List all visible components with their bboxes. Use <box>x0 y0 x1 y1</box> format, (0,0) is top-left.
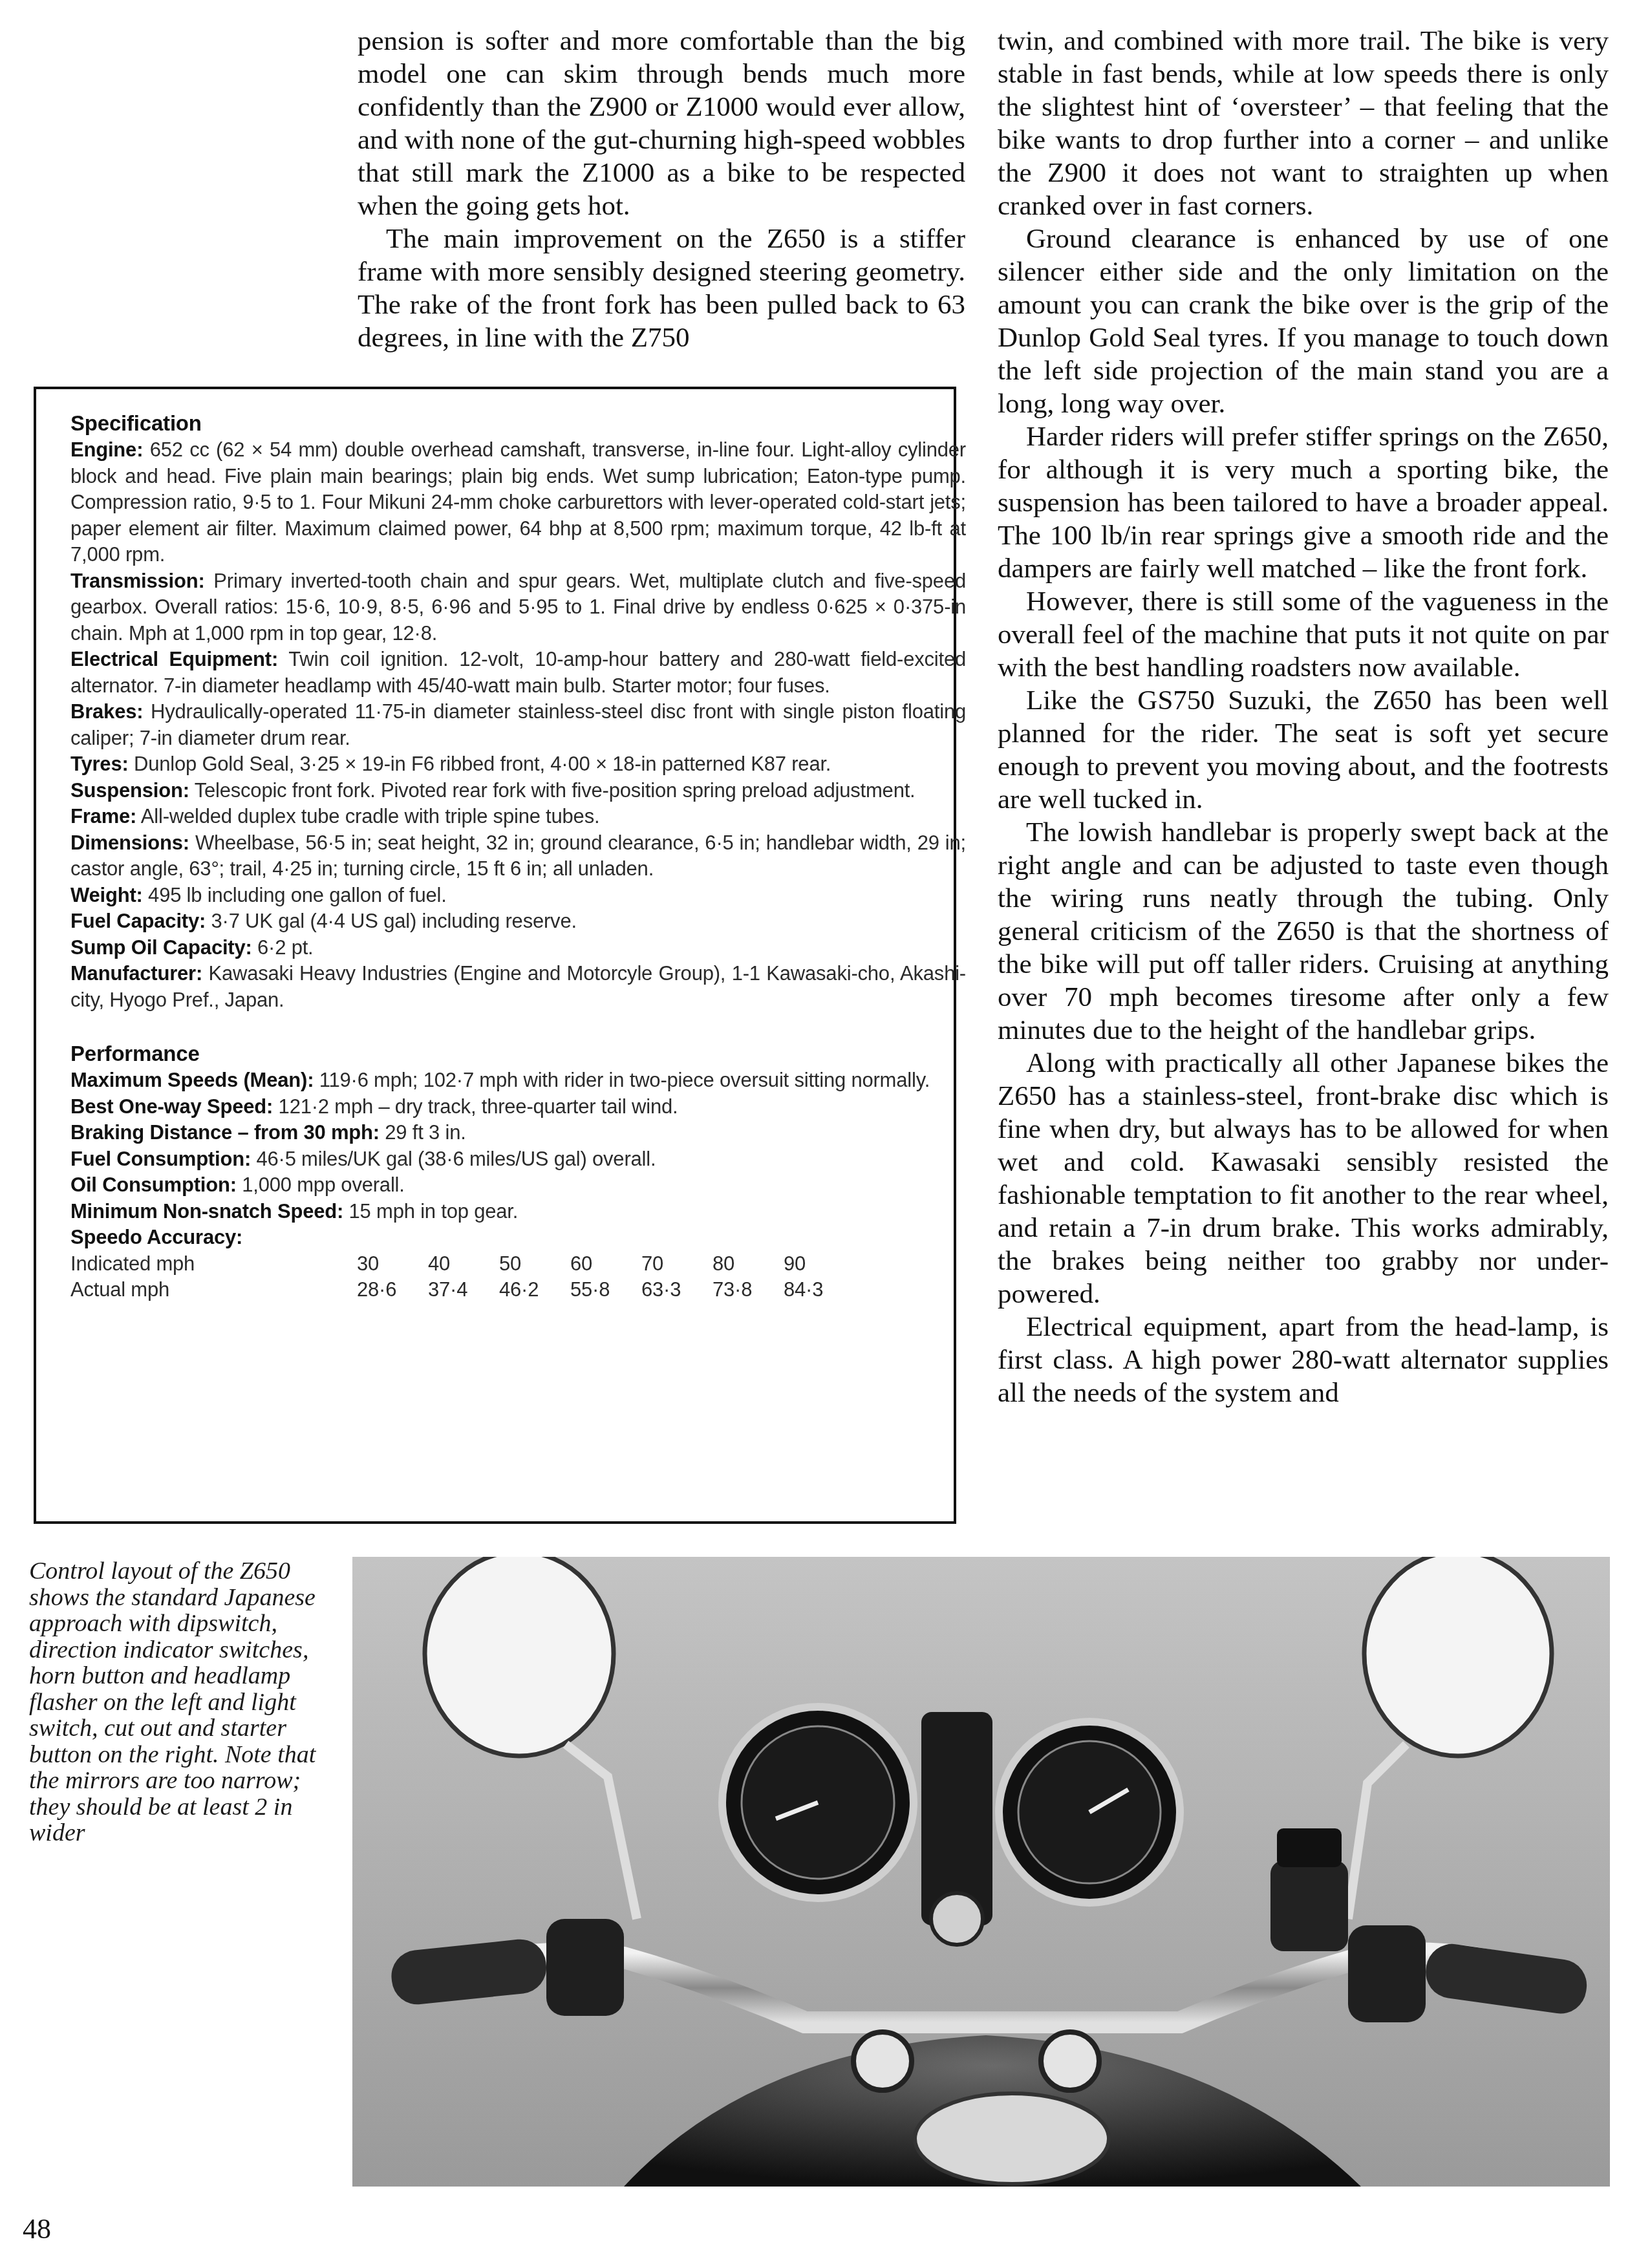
spec-value: 6·2 pt. <box>252 936 314 959</box>
spec-value: 3·7 UK gal (4·4 US gal) including reserv… <box>206 910 577 932</box>
paragraph: twin, and combined with more trail. The … <box>998 25 1609 222</box>
row-label: Indicated mph <box>70 1251 357 1278</box>
spec-value: Wheelbase, 56·5 in; seat height, 32 in; … <box>70 831 966 881</box>
paragraph: pension is softer and more comfortable t… <box>358 25 965 222</box>
spec-heading: Specification <box>70 410 966 437</box>
spec-value: 495 lb including one gallon of fuel. <box>143 884 447 906</box>
spec-weight: Weight: 495 lb including one gallon of f… <box>70 883 966 909</box>
spec-label: Fuel Capacity: <box>70 910 206 932</box>
spec-value: 46·5 miles/UK gal (38·6 miles/US gal) ov… <box>251 1148 656 1170</box>
spec-frame: Frame: All-welded duplex tube cradle wit… <box>70 804 966 830</box>
table-cell: 55·8 <box>570 1277 641 1303</box>
table-cell: 40 <box>428 1251 499 1278</box>
spec-value: Kawasaki Heavy Industries (Engine and Mo… <box>70 962 966 1011</box>
table-cell: 30 <box>357 1251 428 1278</box>
spec-value: 1,000 mpp overall. <box>237 1173 405 1196</box>
spec-transmission: Transmission: Primary inverted-tooth cha… <box>70 568 966 647</box>
spec-sump-oil: Sump Oil Capacity: 6·2 pt. <box>70 935 966 961</box>
spec-value: Hydraulically-operated 11·75-in diameter… <box>70 700 966 749</box>
spec-label: Engine: <box>70 438 143 461</box>
spec-label: Oil Consumption: <box>70 1173 237 1196</box>
spec-label: Best One-way Speed: <box>70 1095 273 1118</box>
spec-label: Manufacturer: <box>70 962 202 985</box>
perf-best-oneway: Best One-way Speed: 121·2 mph – dry trac… <box>70 1094 966 1120</box>
table-cell: 73·8 <box>712 1277 784 1303</box>
spec-label: Dimensions: <box>70 831 189 854</box>
spec-label: Fuel Consumption: <box>70 1148 251 1170</box>
spec-value: Telescopic front fork. Pivoted rear fork… <box>189 779 916 802</box>
specification-box: Specification Engine: 652 cc (62 × 54 mm… <box>34 387 956 1524</box>
spec-value: Dunlop Gold Seal, 3·25 × 19-in F6 ribbed… <box>129 753 831 775</box>
table-cell: 80 <box>712 1251 784 1278</box>
paragraph: Like the GS750 Suzuki, the Z650 has been… <box>998 684 1609 816</box>
perf-max-speed: Maximum Speeds (Mean): 119·6 mph; 102·7 … <box>70 1067 966 1094</box>
table-cell: 46·2 <box>499 1277 570 1303</box>
spec-content: Specification Engine: 652 cc (62 × 54 mm… <box>70 410 966 1303</box>
paragraph: The main improvement on the Z650 is a st… <box>358 222 965 354</box>
perf-braking: Braking Distance – from 30 mph: 29 ft 3 … <box>70 1120 966 1146</box>
perf-speedo-accuracy: Speedo Accuracy: <box>70 1225 966 1251</box>
spec-value: 29 ft 3 in. <box>380 1121 466 1144</box>
page-number: 48 <box>23 2212 51 2245</box>
paragraph: The lowish handlebar is properly swept b… <box>998 816 1609 1047</box>
table-cell: 70 <box>641 1251 712 1278</box>
spec-fuel-capacity: Fuel Capacity: 3·7 UK gal (4·4 US gal) i… <box>70 908 966 935</box>
spec-suspension: Suspension: Telescopic front fork. Pivot… <box>70 778 966 804</box>
paragraph: Harder riders will prefer stiffer spring… <box>998 420 1609 585</box>
photo-caption: Control layout of the Z650 shows the sta… <box>29 1558 333 1846</box>
spec-label: Speedo Accuracy: <box>70 1226 242 1248</box>
spec-label: Electrical Equipment: <box>70 648 278 670</box>
table-cell: 84·3 <box>784 1277 855 1303</box>
performance-heading: Performance <box>70 1040 966 1067</box>
spec-label: Suspension: <box>70 779 189 802</box>
article-column-top: pension is softer and more comfortable t… <box>358 25 965 354</box>
table-cell: 90 <box>784 1251 855 1278</box>
spec-label: Sump Oil Capacity: <box>70 936 252 959</box>
spec-label: Weight: <box>70 884 143 906</box>
table-cell: 63·3 <box>641 1277 712 1303</box>
table-row: Actual mph 28·6 37·4 46·2 55·8 63·3 73·8… <box>70 1277 855 1303</box>
spec-brakes: Brakes: Hydraulically-operated 11·75-in … <box>70 699 966 751</box>
paragraph: However, there is still some of the vagu… <box>998 585 1609 684</box>
spec-manufacturer: Manufacturer: Kawasaki Heavy Industries … <box>70 961 966 1013</box>
table-cell: 60 <box>570 1251 641 1278</box>
spec-value: 121·2 mph – dry track, three-quarter tai… <box>273 1095 678 1118</box>
spec-value: Primary inverted-tooth chain and spur ge… <box>70 570 966 645</box>
spec-label: Frame: <box>70 805 136 828</box>
table-cell: 37·4 <box>428 1277 499 1303</box>
spec-electrical: Electrical Equipment: Twin coil ignition… <box>70 647 966 699</box>
article-column-right: twin, and combined with more trail. The … <box>998 25 1609 1409</box>
spec-label: Transmission: <box>70 570 205 592</box>
perf-oil-consumption: Oil Consumption: 1,000 mpp overall. <box>70 1172 966 1199</box>
spec-value: 15 mph in top gear. <box>343 1200 518 1223</box>
spec-value: 652 cc (62 × 54 mm) double overhead cams… <box>70 438 966 566</box>
motorcycle-cockpit-illustration <box>352 1557 1610 2187</box>
table-row: Indicated mph 30 40 50 60 70 80 90 <box>70 1251 855 1278</box>
handlebar-photo <box>352 1557 1610 2187</box>
spec-engine: Engine: 652 cc (62 × 54 mm) double overh… <box>70 437 966 568</box>
spec-label: Maximum Speeds (Mean): <box>70 1069 314 1091</box>
paragraph: Ground clearance is enhanced by use of o… <box>998 222 1609 420</box>
table-cell: 28·6 <box>357 1277 428 1303</box>
perf-min-speed: Minimum Non-snatch Speed: 15 mph in top … <box>70 1199 966 1225</box>
spec-label: Braking Distance – from 30 mph: <box>70 1121 380 1144</box>
perf-fuel-consumption: Fuel Consumption: 46·5 miles/UK gal (38·… <box>70 1146 966 1173</box>
table-cell: 50 <box>499 1251 570 1278</box>
row-label: Actual mph <box>70 1277 357 1303</box>
spec-label: Tyres: <box>70 753 129 775</box>
paragraph: Along with practically all other Japanes… <box>998 1047 1609 1311</box>
spec-label: Brakes: <box>70 700 143 723</box>
spec-tyres: Tyres: Dunlop Gold Seal, 3·25 × 19-in F6… <box>70 751 966 778</box>
paragraph: Electrical equipment, apart from the hea… <box>998 1311 1609 1409</box>
spec-label: Minimum Non-snatch Speed: <box>70 1200 343 1223</box>
spec-value: All-welded duplex tube cradle with tripl… <box>136 805 599 828</box>
spec-dimensions: Dimensions: Wheelbase, 56·5 in; seat hei… <box>70 830 966 883</box>
spacer <box>70 1013 966 1040</box>
spec-value: 119·6 mph; 102·7 mph with rider in two-p… <box>314 1069 930 1091</box>
speedo-accuracy-table: Indicated mph 30 40 50 60 70 80 90 Actua… <box>70 1251 855 1303</box>
